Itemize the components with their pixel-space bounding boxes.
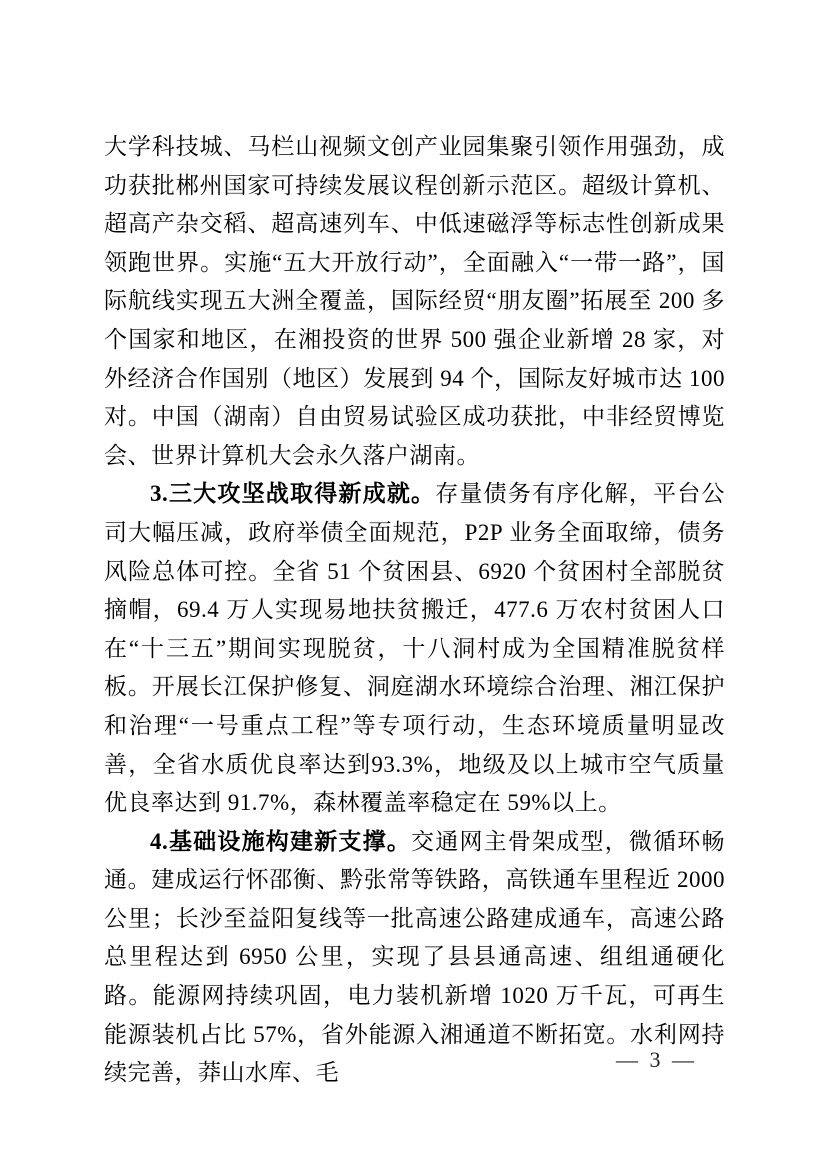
document-body: 大学科技城、马栏山视频文创产业园集聚引领作用强劲，成功获批郴州国家可持续发展议程…: [104, 128, 725, 1093]
page-number: — 3 —: [616, 1046, 697, 1074]
document-page: 大学科技城、马栏山视频文创产业园集聚引领作用强劲，成功获批郴州国家可持续发展议程…: [0, 0, 827, 1169]
paragraph: 大学科技城、马栏山视频文创产业园集聚引领作用强劲，成功获批郴州国家可持续发展议程…: [104, 128, 725, 475]
paragraph: 3.三大攻坚战取得新成就。存量债务有序化解，平台公司大幅压减，政府举债全面规范，…: [104, 475, 725, 822]
paragraph-text: 大学科技城、马栏山视频文创产业园集聚引领作用强劲，成功获批郴州国家可持续发展议程…: [104, 134, 725, 468]
paragraph-lead: 4.基础设施构建新支撑。: [150, 829, 411, 854]
paragraph-lead: 3.三大攻坚战取得新成就。: [150, 481, 435, 506]
paragraph-text: 存量债务有序化解，平台公司大幅压减，政府举债全面规范，P2P 业务全面取缔，债务…: [104, 481, 725, 815]
